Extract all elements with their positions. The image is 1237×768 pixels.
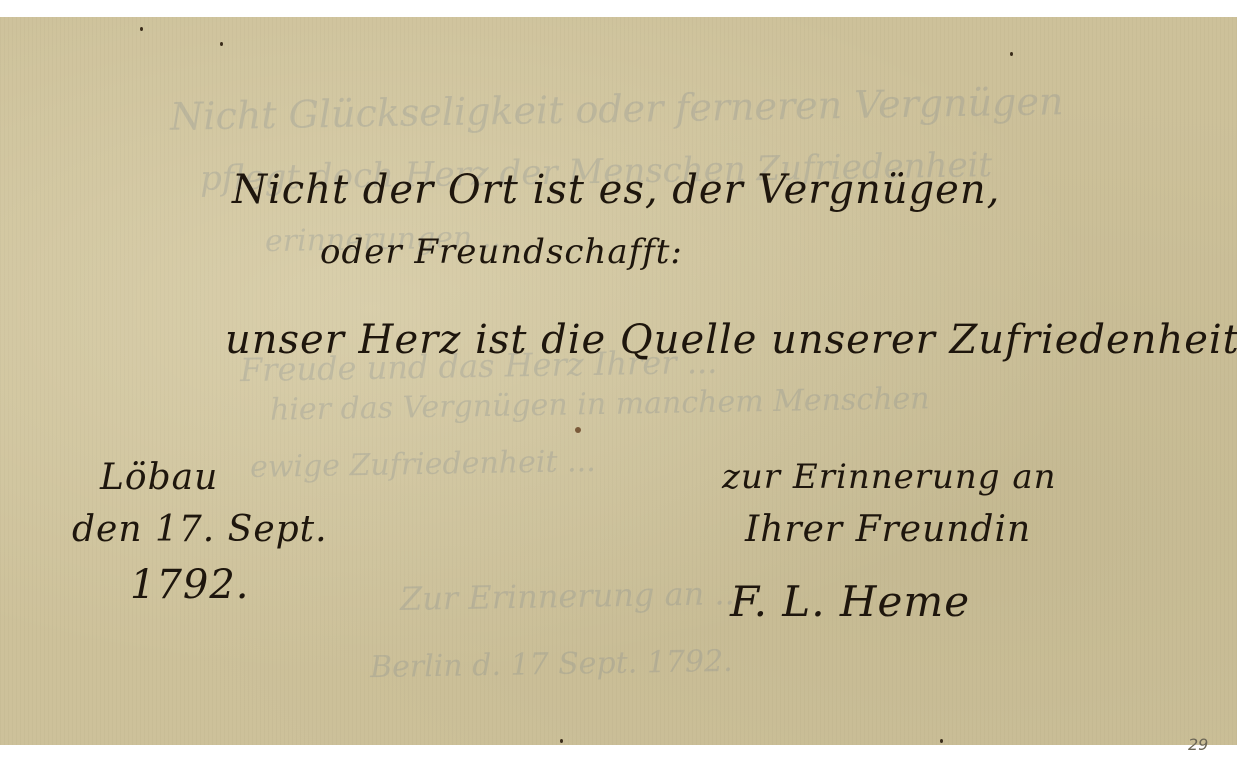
date-text: den 17. Sept. [72,509,328,550]
paper-speck [140,27,143,31]
dedication-line: zur Erinnerung an [722,457,1057,497]
paper-speck [940,739,943,743]
bleed-through-line: Zur Erinnerung an ... [400,574,746,618]
paper-speck [560,739,563,743]
bleed-through-line: ewige Zufriedenheit ... [250,444,596,485]
bleed-through-line: Nicht Glückseligkeit oder ferneren Vergn… [170,79,1064,139]
page-number: 29 [1188,735,1208,754]
verse-line-2: oder Freundschafft: [320,232,683,272]
paper-stain [575,427,581,433]
signature: F. L. Heme [730,577,970,626]
paper-speck [1010,52,1013,56]
bleed-through-line: Berlin d. 17 Sept. 1792. [370,644,733,685]
dedication-recipient: Ihrer Freundin [745,509,1031,550]
verse-line-3: unser Herz ist die Quelle unserer Zufrie… [225,317,1237,363]
year-text: 1792. [130,562,250,608]
verse-line-1: Nicht der Ort ist es, der Vergnügen, [232,167,1000,213]
paper-speck [220,42,223,46]
manuscript-page: Nicht Glückseligkeit oder ferneren Vergn… [0,17,1237,745]
place-name: Löbau [100,457,218,498]
bleed-through-line: hier das Vergnügen in manchem Menschen [270,381,930,428]
